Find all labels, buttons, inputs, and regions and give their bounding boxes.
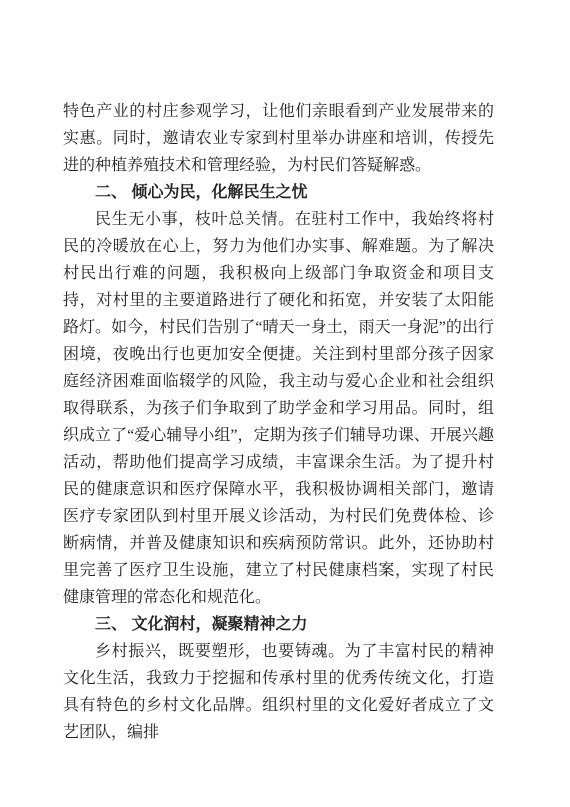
paragraph-section-3: 乡村振兴，既要塑形，也要铸魂。为了丰富村民的精神文化生活，我致力于挖掘和传承村里…: [63, 638, 494, 746]
section-heading-2: 二、 倾心为民，化解民生之忧: [63, 179, 494, 206]
section-heading-3: 三、 文化润村，凝聚精神之力: [63, 611, 494, 638]
paragraph-section-2: 民生无小事，枝叶总关情。在驻村工作中，我始终将村民的冷暖放在心上，努力为他们办实…: [63, 206, 494, 611]
document-text-block: 特色产业的村庄参观学习，让他们亲眼看到产业发展带来的实惠。同时，邀请农业专家到村…: [63, 98, 494, 746]
paragraph-continued: 特色产业的村庄参观学习，让他们亲眼看到产业发展带来的实惠。同时，邀请农业专家到村…: [63, 98, 494, 179]
document-page: 特色产业的村庄参观学习，让他们亲眼看到产业发展带来的实惠。同时，邀请农业专家到村…: [0, 0, 570, 807]
